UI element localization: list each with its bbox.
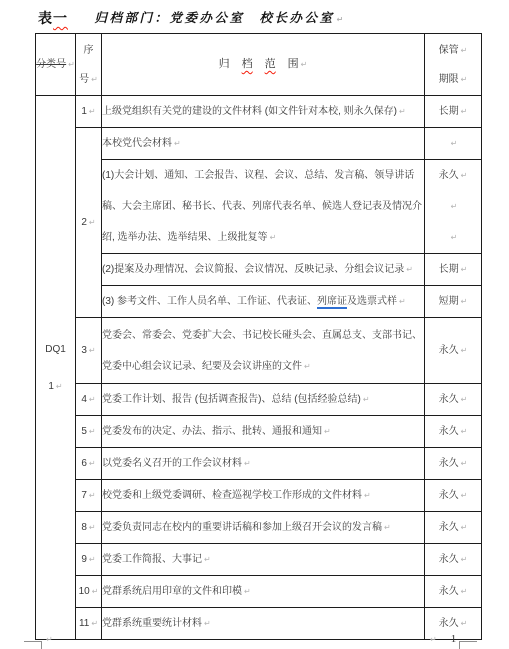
scope-misspelled-char: 范 <box>265 58 276 70</box>
header-category-text: 分类号 <box>36 59 66 70</box>
paragraph-mark: ↵ <box>461 107 468 116</box>
paragraph-mark: ↵ <box>244 459 251 468</box>
category-code-cell[interactable]: DQ1 1↵ <box>36 96 76 640</box>
category-code-line1: DQ1 <box>36 331 75 368</box>
table-row: (1)大会计划、通知、工会报告、议程、会议、总结、发言稿、领导讲话稿、大会主席团… <box>36 160 482 254</box>
serial-cell[interactable]: 2↵ <box>76 128 102 318</box>
period-cell[interactable]: 永久↵ <box>425 480 482 512</box>
serial-cell[interactable]: 4↵ <box>76 384 102 416</box>
text-boundary-mark-bottom-right <box>459 641 477 649</box>
paragraph-mark: ↵ <box>89 427 96 436</box>
paragraph-mark: ↵ <box>461 491 468 500</box>
paragraph-mark: ↵ <box>399 297 406 306</box>
paragraph-mark: ↵ <box>451 139 458 148</box>
table-row: 5↵ 党委发布的决定、办法、指示、批转、通报和通知↵ 永久↵ <box>36 416 482 448</box>
period-cell[interactable]: 永久↵ <box>425 384 482 416</box>
scope-cell[interactable]: 党委工作简报、大事记↵ <box>102 544 425 576</box>
header-period[interactable]: 保管↵ 期限↵ <box>425 34 482 96</box>
table-header-row: 分类号↵ 序 号↵ 归档范围↵ 保管↵ 期限↵ <box>36 34 482 96</box>
scope-cell[interactable]: 以党委名义召开的工作会议材料↵ <box>102 448 425 480</box>
paragraph-mark: ↵ <box>174 139 181 148</box>
paragraph-mark: ↵ <box>364 491 371 500</box>
paragraph-mark: ↵ <box>461 587 468 596</box>
paragraph-mark: ↵ <box>89 555 96 564</box>
period-cell[interactable]: 短期↵ <box>425 286 482 318</box>
table-row: 11↵ 党群系统重要统计材料↵ 永久↵ <box>36 608 482 640</box>
paragraph-mark: ↵ <box>461 395 468 404</box>
paragraph-mark: ↵ <box>301 60 308 69</box>
table-row: 3↵ 党委会、常委会、党委扩大会、书记校长碰头会、直属总支、支部书记、党委中心组… <box>36 318 482 384</box>
header-scope[interactable]: 归档范围↵ <box>102 34 425 96</box>
table-row: 8↵ 党委负责同志在校内的重要讲话稿和参加上级召开会议的发言稿↵ 永久↵ <box>36 512 482 544</box>
paragraph-mark: ↵ <box>270 233 277 242</box>
title-misspelled-char: 一 <box>53 10 68 26</box>
scope-cell[interactable]: 党委负责同志在校内的重要讲话稿和参加上级召开会议的发言稿↵ <box>102 512 425 544</box>
table-row: 10↵ 党群系统启用印章的文件和印模↵ 永久↵ <box>36 576 482 608</box>
paragraph-mark: ↵ <box>461 555 468 564</box>
scope-cell[interactable]: (2)提案及办理情况、会议简报、会议情况、反映记录、分组会议记录↵ <box>102 254 425 286</box>
paragraph-mark: ↵ <box>461 459 468 468</box>
serial-cell[interactable]: 1↵ <box>76 96 102 128</box>
paragraph-mark: ↵ <box>89 346 96 355</box>
table-row: (3) 参考文件、工作人员名单、工作证、代表证、列席证及选票式样↵ 短期↵ <box>36 286 482 318</box>
paragraph-mark: ↵ <box>92 587 99 596</box>
paragraph-mark: ↵ <box>451 233 458 242</box>
header-period-line1: 保管 <box>439 45 459 56</box>
paragraph-mark: ↵ <box>461 346 468 355</box>
period-cell[interactable]: 永久↵ ↵ ↵ <box>425 160 482 254</box>
scope-cell[interactable]: 党委发布的决定、办法、指示、批转、通报和通知↵ <box>102 416 425 448</box>
period-cell[interactable]: 永久↵ <box>425 576 482 608</box>
paragraph-mark: ↵ <box>304 362 311 371</box>
paragraph-mark: ↵ <box>56 382 63 391</box>
serial-cell[interactable]: 3↵ <box>76 318 102 384</box>
scope-cell[interactable]: 校党委和上级党委调研、检查巡视学校工作形成的文件材料↵ <box>102 480 425 512</box>
footer-right: ↵1 <box>428 629 456 647</box>
paragraph-mark: ↵ <box>204 555 211 564</box>
paragraph-mark: ↵ <box>461 523 468 532</box>
paragraph-mark: ↵ <box>89 491 96 500</box>
scope-cell[interactable]: 党群系统重要统计材料↵ <box>102 608 425 640</box>
scope-cell[interactable]: 党委会、常委会、党委扩大会、书记校长碰头会、直属总支、支部书记、党委中心组会议记… <box>102 318 425 384</box>
paragraph-mark: ↵ <box>204 619 211 628</box>
paragraph-mark: ↵ <box>430 635 437 644</box>
table-row: 6↵ 以党委名义召开的工作会议材料↵ 永久↵ <box>36 448 482 480</box>
paragraph-mark: ↵ <box>89 218 96 227</box>
serial-cell[interactable]: 7↵ <box>76 480 102 512</box>
header-serial-line2: 号 <box>79 74 89 85</box>
footer-left: ↵ <box>44 629 53 647</box>
scope-cell[interactable]: 本校党代会材料↵ <box>102 128 425 160</box>
serial-cell[interactable]: 8↵ <box>76 512 102 544</box>
paragraph-mark: ↵ <box>324 427 331 436</box>
archive-scope-table: 分类号↵ 序 号↵ 归档范围↵ 保管↵ 期限↵ DQ1 1↵ 1↵ 上级党组织有… <box>35 33 482 640</box>
paragraph-mark: ↵ <box>89 395 96 404</box>
serial-cell[interactable]: 10↵ <box>76 576 102 608</box>
table-row: 9↵ 党委工作简报、大事记↵ 永久↵ <box>36 544 482 576</box>
paragraph-mark: ↵ <box>46 635 53 644</box>
title-text: 表 <box>38 10 53 26</box>
header-serial[interactable]: 序 号↵ <box>76 34 102 96</box>
table-row: DQ1 1↵ 1↵ 上级党组织有关党的建设的文件材料 (如文件针对本校, 则永久… <box>36 96 482 128</box>
paragraph-mark: ↵ <box>461 46 468 55</box>
serial-cell[interactable]: 6↵ <box>76 448 102 480</box>
paragraph-mark: ↵ <box>336 15 345 24</box>
period-cell[interactable]: 永久↵ <box>425 512 482 544</box>
paragraph-mark: ↵ <box>89 107 96 116</box>
table-row: (2)提案及办理情况、会议简报、会议情况、反映记录、分组会议记录↵ 长期↵ <box>36 254 482 286</box>
paragraph-mark: ↵ <box>451 202 458 211</box>
category-code-line2: 1↵ <box>36 368 75 405</box>
scope-cell[interactable]: (3) 参考文件、工作人员名单、工作证、代表证、列席证及选票式样↵ <box>102 286 425 318</box>
table-row: 2↵ 本校党代会材料↵ ↵ <box>36 128 482 160</box>
paragraph-mark: ↵ <box>461 75 468 84</box>
department-label-text: 归档部门：党委办公室 校长办公室 <box>94 11 334 25</box>
paragraph-mark: ↵ <box>461 427 468 436</box>
scope-cell[interactable]: 党委工作计划、报告 (包括调查报告)、总结 (包括经验总结)↵ <box>102 384 425 416</box>
scope-cell[interactable]: 上级党组织有关党的建设的文件材料 (如文件针对本校, 则永久保存)↵ <box>102 96 425 128</box>
scope-cell[interactable]: (1)大会计划、通知、工会报告、议程、会议、总结、发言稿、领导讲话稿、大会主席团… <box>102 160 425 254</box>
serial-cell[interactable]: 11↵ <box>76 608 102 640</box>
paragraph-mark: ↵ <box>89 459 96 468</box>
period-cell[interactable]: ↵ <box>425 128 482 160</box>
paragraph-mark: ↵ <box>406 265 413 274</box>
scope-misspelled-char: 档 <box>242 58 253 70</box>
header-serial-line1: 序 <box>84 45 94 56</box>
paragraph-mark: ↵ <box>244 587 251 596</box>
paragraph-mark: ↵ <box>68 60 75 69</box>
serial-cell[interactable]: 5↵ <box>76 416 102 448</box>
period-cell[interactable]: 长期↵ <box>425 254 482 286</box>
document-page: 表一 归档部门：党委办公室 校长办公室↵ 分类号↵ 序 号↵ 归档范围↵ 保管↵… <box>0 0 509 649</box>
period-cell[interactable]: 永久↵ <box>425 318 482 384</box>
paragraph-mark: ↵ <box>399 107 406 116</box>
scope-cell[interactable]: 党群系统启用印章的文件和印模↵ <box>102 576 425 608</box>
paragraph-mark: ↵ <box>89 523 96 532</box>
period-cell[interactable]: 永久↵ <box>425 416 482 448</box>
header-period-line2: 期限 <box>439 74 459 85</box>
paragraph-mark: ↵ <box>461 297 468 306</box>
paragraph-mark: ↵ <box>363 395 370 404</box>
text-boundary-mark-bottom-left <box>24 641 42 649</box>
paragraph-mark: ↵ <box>91 619 98 628</box>
period-cell[interactable]: 永久↵ <box>425 544 482 576</box>
paragraph-mark: ↵ <box>384 523 391 532</box>
paragraph-mark: ↵ <box>461 265 468 274</box>
department-label[interactable]: 归档部门：党委办公室 校长办公室↵ <box>94 8 345 26</box>
period-cell[interactable]: 长期↵ <box>425 96 482 128</box>
title-bar: 表一 归档部门：党委办公室 校长办公室↵ <box>38 8 346 30</box>
table-row: 4↵ 党委工作计划、报告 (包括调查报告)、总结 (包括经验总结)↵ 永久↵ <box>36 384 482 416</box>
period-cell[interactable]: 永久↵ <box>425 448 482 480</box>
page-title[interactable]: 表一 <box>38 8 68 28</box>
header-category[interactable]: 分类号↵ <box>36 34 76 96</box>
header-scope-text: 归档范围↵ <box>219 58 308 70</box>
paragraph-mark: ↵ <box>91 75 98 84</box>
serial-cell[interactable]: 9↵ <box>76 544 102 576</box>
grammar-marked-text: 列席证 <box>317 296 347 309</box>
page-number: 1 <box>451 633 457 645</box>
paragraph-mark: ↵ <box>461 619 468 628</box>
table-row: 7↵ 校党委和上级党委调研、检查巡视学校工作形成的文件材料↵ 永久↵ <box>36 480 482 512</box>
paragraph-mark: ↵ <box>461 171 468 180</box>
